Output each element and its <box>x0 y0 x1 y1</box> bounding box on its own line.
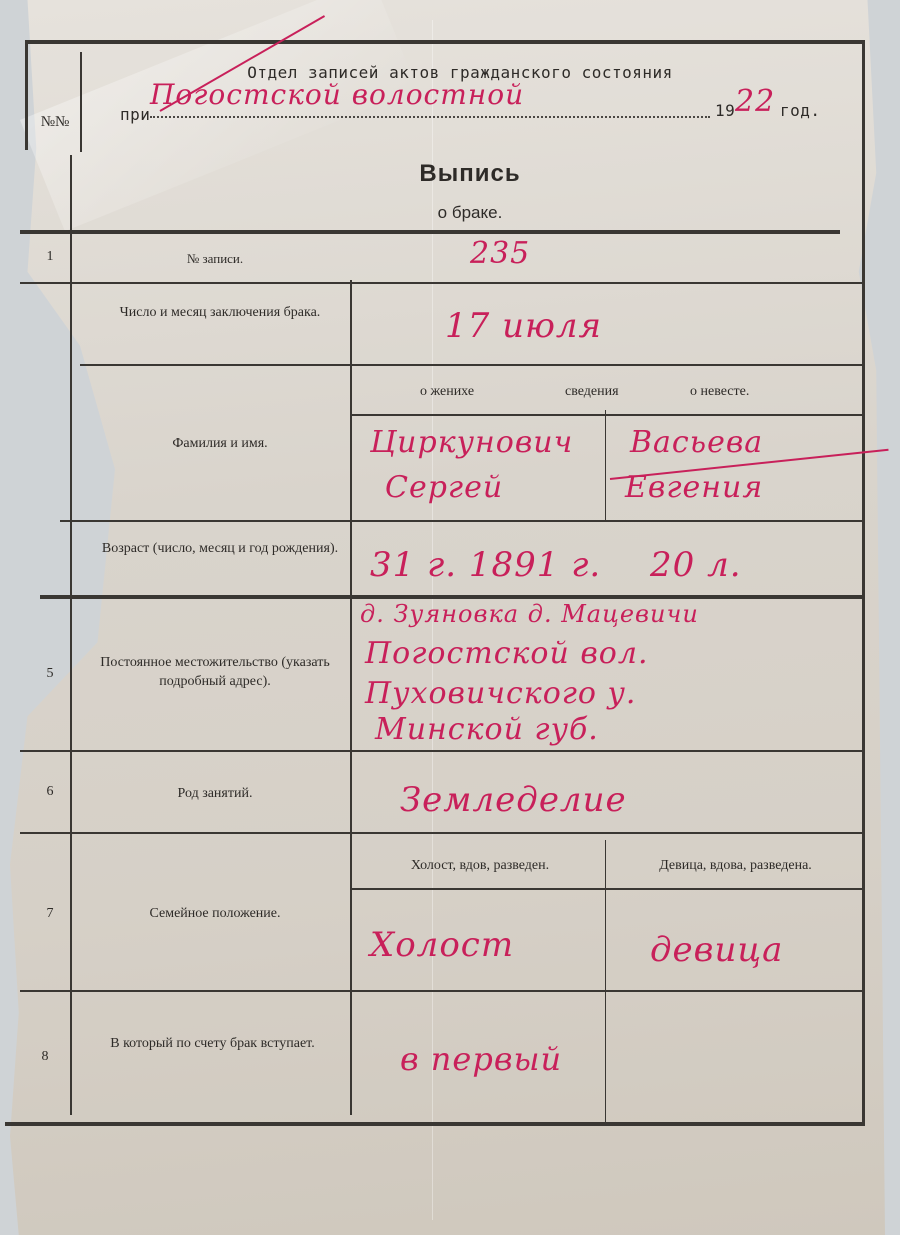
split-col-line-2 <box>605 840 606 1125</box>
bride-surname: Васьева <box>630 425 763 460</box>
row-label-age: Возраст (число, месяц и год рождения). <box>95 540 345 559</box>
residence-line-4: Минской губ. <box>375 712 599 747</box>
rule-row3 <box>60 520 865 522</box>
row-label-record-number: № записи. <box>80 250 350 268</box>
bride-marital-status: девица <box>650 930 783 970</box>
year-prefix: 19 <box>715 100 735 122</box>
marital-header-bride: Девица, вдова, разведена. <box>608 857 863 876</box>
column-header-groom: о женихе <box>420 383 474 402</box>
groom-first-name: Сергей <box>385 470 503 505</box>
row-label-occupation: Род занятий. <box>80 785 350 804</box>
column-header-info: сведения <box>565 383 619 402</box>
document-subtitle: о браке. <box>300 202 640 225</box>
groom-marital-status: Холост <box>370 925 514 965</box>
year-suffix: год. <box>780 100 821 122</box>
document-title: Выпись <box>300 158 640 190</box>
number-column-label: №№ <box>30 112 80 132</box>
rule-row1 <box>20 282 865 284</box>
rule-row4 <box>40 595 865 599</box>
rule-row7-header <box>350 888 865 890</box>
rule-row6 <box>20 832 865 834</box>
row-label-name: Фамилия и имя. <box>95 435 345 454</box>
row-number: 8 <box>25 1048 65 1067</box>
rule-row2 <box>80 364 865 366</box>
value-record-number: 235 <box>470 236 530 271</box>
groom-surname: Циркунович <box>370 425 573 460</box>
row-number: 7 <box>30 905 70 924</box>
value-occupation: Земледелие <box>400 780 627 820</box>
row-label-marriage-count: В который по счету брак вступает. <box>75 1035 350 1054</box>
marital-header-groom: Холост, вдов, разведен. <box>355 857 605 876</box>
rule-col-headers <box>350 414 865 416</box>
header-prefix: при <box>120 104 150 126</box>
rule-bottom <box>5 1122 865 1126</box>
row-label-residence: Постоянное местожительство (указать подр… <box>75 654 355 692</box>
row-number: 1 <box>30 248 70 267</box>
residence-line-3: Пуховичского у. <box>365 676 636 711</box>
row-label-marital-status: Семейное положение. <box>80 905 350 924</box>
handwritten-year: 22 <box>735 84 775 119</box>
value-marriage-count: в первый <box>400 1040 562 1078</box>
frame-left-top <box>25 40 28 150</box>
row-number: 6 <box>30 783 70 802</box>
frame-right <box>862 40 865 1125</box>
num-col-line <box>70 155 72 1115</box>
bride-age: 20 л. <box>650 545 742 585</box>
value-marriage-date: 17 июля <box>445 306 602 346</box>
num-col-line-top <box>80 52 82 152</box>
row-number: 5 <box>30 665 70 684</box>
column-header-bride: о невесте. <box>690 383 749 402</box>
residence-line-2: Погостской вол. <box>365 636 649 671</box>
rule-title <box>20 230 840 234</box>
groom-age: 31 г. 1891 г. <box>370 545 601 585</box>
rule-row5 <box>20 750 865 752</box>
row-label-marriage-date: Число и месяц заключения брака. <box>95 304 345 323</box>
frame-top <box>25 40 865 44</box>
header-dotted-line <box>150 116 710 118</box>
split-col-line-1 <box>605 410 606 520</box>
rule-row7 <box>20 990 865 992</box>
residence-line-1: д. Зуяновка д. Мацевичи <box>360 600 699 628</box>
